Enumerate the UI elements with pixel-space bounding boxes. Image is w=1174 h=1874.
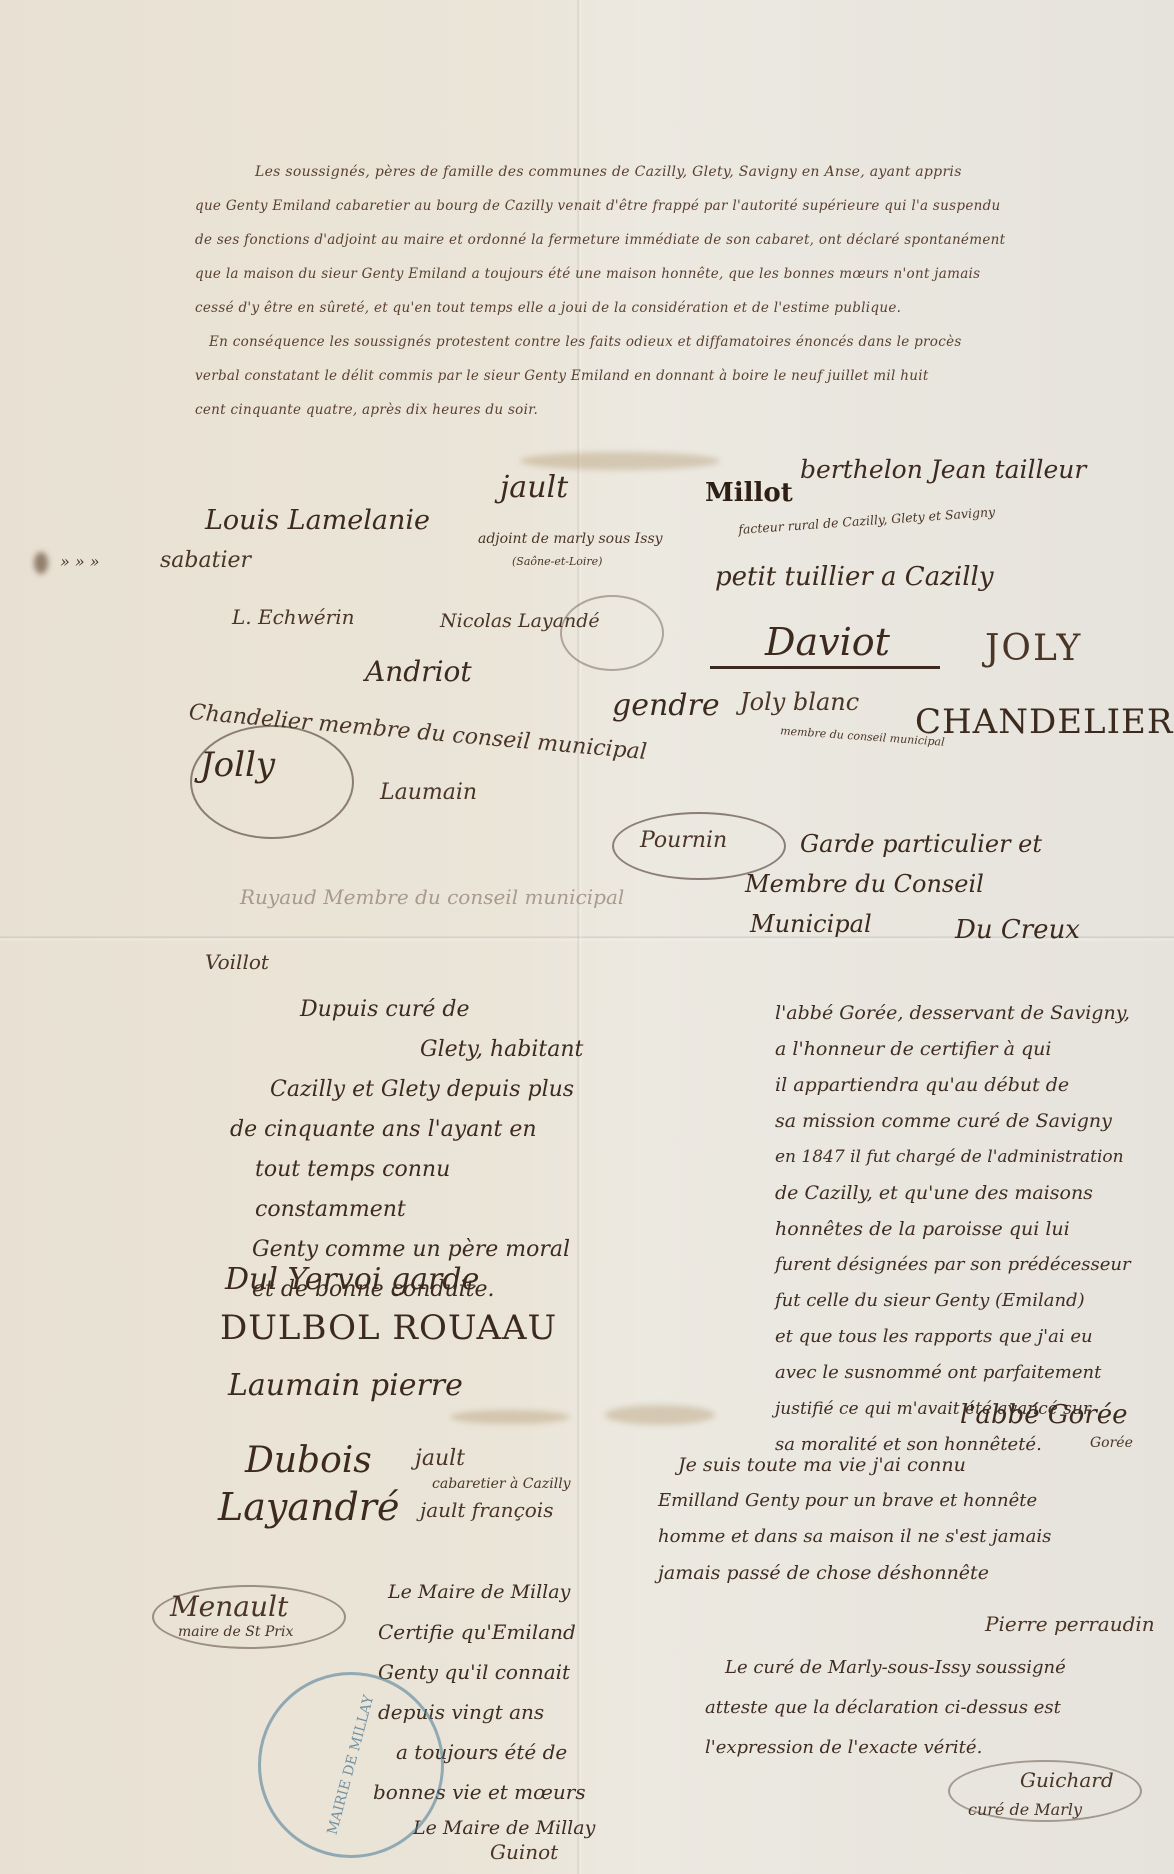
perraudin-line: homme et dans sa maison il ne s'est jama…	[658, 1519, 1158, 1555]
jault-place: (Saône-et-Loire)	[512, 555, 602, 568]
signature-berthelon: berthelon Jean tailleur	[800, 455, 1086, 484]
signature-abbe-goree: l'abbé Gorée	[960, 1400, 1128, 1430]
pournin-title-3: Municipal	[750, 910, 872, 938]
declaration-line: que la maison du sieur Genty Emiland a t…	[195, 257, 1145, 291]
marly-line: atteste que la déclaration ci-dessus est	[705, 1688, 1165, 1728]
goree-line: et que tous les rapports que j'ai eu	[775, 1319, 1174, 1355]
signature-jolly: Jolly	[200, 745, 275, 785]
goree-line: il appartiendra qu'au début de	[775, 1067, 1174, 1103]
cure-glety-line: tout temps connu constamment	[255, 1150, 590, 1230]
declaration-text: Les soussignés, pères de famille des com…	[195, 155, 1145, 427]
perraudin-line: jamais passé de chose déshonnête	[658, 1555, 1158, 1591]
signature-dulyervoi: Dul Yervoi garde	[225, 1262, 479, 1297]
signature-sabatier: sabatier	[160, 548, 251, 573]
declaration-line: de ses fonctions d'adjoint au maire et o…	[195, 223, 1145, 257]
paraph-menault	[152, 1585, 346, 1649]
maire-line: Le Maire de Millay	[378, 1572, 678, 1612]
signature-gendre: gendre	[612, 688, 720, 723]
signature-jault-francois: jault françois	[420, 1498, 553, 1522]
signature-daviot: Daviot	[765, 620, 890, 664]
signature-perraudin: Pierre perraudin	[985, 1612, 1155, 1636]
signature-ducreux: Du Creux	[955, 915, 1080, 945]
goree-line: furent désignées par son prédécesseur	[775, 1247, 1174, 1283]
signature-petit: petit tuillier a Cazilly	[715, 562, 994, 592]
municipal-stamp: MAIRIE DE MILLAY	[258, 1672, 444, 1858]
goree-line: fut celle du sieur Genty (Emiland)	[775, 1283, 1174, 1319]
signature-dubois: Dubois	[245, 1440, 372, 1481]
signature-guichard: Guichard	[1020, 1768, 1114, 1792]
signature-echwerin: L. Echwérin	[232, 605, 354, 629]
water-stain	[520, 452, 720, 470]
signature-laumain-pierre: Laumain pierre	[228, 1368, 463, 1403]
cure-glety-line: Cazilly et Glety depuis plus	[260, 1070, 590, 1110]
ditto-marks: » » »	[60, 552, 100, 571]
document-page: Les soussignés, pères de famille des com…	[0, 0, 1174, 1874]
signature-andriot: Andriot	[365, 655, 472, 688]
goree-line: sa mission comme curé de Savigny	[775, 1103, 1174, 1139]
faded-signature: Ruyaud Membre du conseil municipal	[240, 885, 624, 909]
signature-layandre: Layandré	[218, 1485, 399, 1529]
declaration-line: cessé d'y être en sûreté, et qu'en tout …	[195, 291, 1145, 325]
goree-line: honnêtes de la paroisse qui lui	[775, 1211, 1174, 1247]
pournin-title-1: Garde particulier et	[800, 830, 1042, 858]
perraudin-line: Emilland Genty pour un brave et honnête	[658, 1483, 1158, 1519]
declaration-line: Les soussignés, pères de famille des com…	[195, 155, 1145, 189]
cure-glety-line: Glety, habitant	[260, 1030, 590, 1070]
signature-millot: Millot	[705, 478, 793, 508]
pournin-title-2: Membre du Conseil	[745, 870, 984, 898]
signature-louis-lamelanie: Louis Lamelanie	[205, 505, 430, 536]
maire-line: Genty qu'il connait	[378, 1652, 678, 1692]
perraudin-attestation: Je suis toute ma vie j'ai connu Emilland…	[658, 1447, 1158, 1591]
signature-laumain: Laumain	[380, 780, 477, 805]
underline-flourish	[710, 666, 940, 669]
signature-joly-blanc: Joly blanc	[740, 688, 859, 716]
cure-marly-attestation: Le curé de Marly-sous-Issy soussigné att…	[705, 1648, 1165, 1768]
ink-blot	[34, 552, 48, 574]
millot-title: facteur rural de Cazilly, Glety et Savig…	[738, 504, 996, 537]
declaration-line: cent cinquante quatre, après dix heures …	[195, 393, 1145, 427]
water-stain	[450, 1410, 570, 1424]
marly-line: Le curé de Marly-sous-Issy soussigné	[705, 1648, 1165, 1688]
guichard-title: curé de Marly	[968, 1800, 1082, 1819]
maire-line: Certifie qu'Emiland	[378, 1612, 678, 1652]
signature-guinot: Guinot	[490, 1840, 558, 1864]
cure-glety-line: de cinquante ans l'ayant en	[230, 1110, 590, 1150]
cabaretier-title: cabaretier à Cazilly	[432, 1476, 571, 1492]
jault-title: adjoint de marly sous Issy	[478, 531, 663, 547]
abbe-goree-attestation: l'abbé Gorée, desservant de Savigny, a l…	[775, 995, 1174, 1463]
marly-line: l'expression de l'exacte vérité.	[705, 1728, 1165, 1768]
signature-pournin: Pournin	[640, 828, 727, 853]
signature-jault-small: jault	[415, 1446, 465, 1471]
goree-line: l'abbé Gorée, desservant de Savigny,	[775, 995, 1174, 1031]
cure-glety-line: Dupuis curé de	[260, 990, 590, 1030]
declaration-line: verbal constatant le délit commis par le…	[195, 359, 1145, 393]
goree-line: avec le susnommé ont parfaitement	[775, 1355, 1174, 1391]
signature-voillot: Voillot	[205, 950, 269, 974]
water-stain	[605, 1405, 715, 1425]
perraudin-line: Je suis toute ma vie j'ai connu	[658, 1447, 1158, 1483]
paraph-flourish	[560, 595, 664, 671]
goree-line: a l'honneur de certifier à qui	[775, 1031, 1174, 1067]
goree-line: en 1847 il fut chargé de l'administratio…	[775, 1139, 1174, 1175]
signature-chandelier-caps: CHANDELIER	[915, 702, 1173, 742]
declaration-line: que Genty Emiland cabaretier au bourg de…	[195, 189, 1145, 223]
goree-line: de Cazilly, et qu'une des maisons	[775, 1175, 1174, 1211]
stamp-text: MAIRIE DE MILLAY	[325, 1693, 378, 1836]
signature-joly: JOLY	[985, 628, 1082, 669]
signature-dulbol-rouaau: DULBOL ROUAAU	[220, 1308, 557, 1348]
declaration-line: En conséquence les soussignés protestent…	[195, 325, 1145, 359]
signature-jault: jault	[500, 470, 568, 505]
